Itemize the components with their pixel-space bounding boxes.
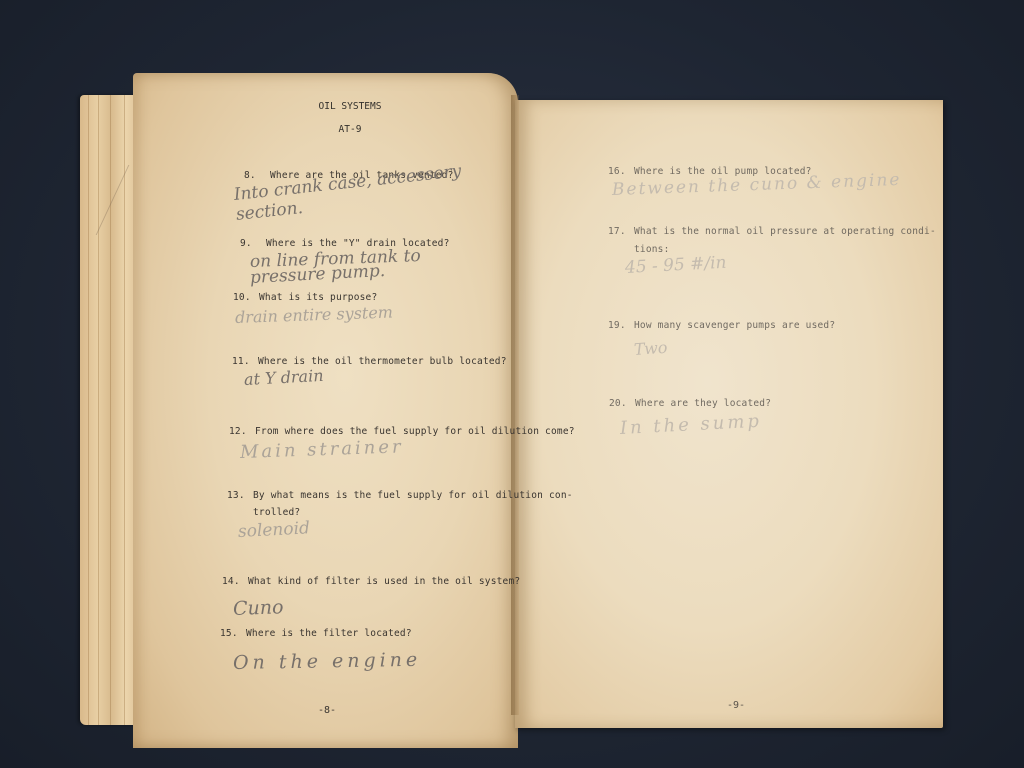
- page-subtitle: AT-9: [300, 124, 400, 135]
- page-number-right: -9-: [727, 700, 745, 711]
- question-text: Where are they located?: [635, 398, 771, 409]
- question-text: What is its purpose?: [259, 292, 377, 303]
- question-text: What is the normal oil pressure at opera…: [634, 226, 936, 237]
- question-number: 20.: [609, 398, 635, 409]
- book-gutter: [511, 95, 519, 715]
- question-number: 17.: [608, 226, 634, 237]
- question-number: 8.: [244, 170, 270, 181]
- question-10: 10.What is its purpose?: [233, 292, 377, 303]
- answer-15: On the engine: [233, 649, 422, 674]
- answer-13: solenoid: [237, 518, 310, 542]
- question-number: 15.: [220, 628, 246, 639]
- question-13-continued: trolled?: [253, 507, 300, 518]
- question-17-continued: tions:: [634, 244, 670, 255]
- question-number: 9.: [240, 238, 266, 249]
- question-19: 19.How many scavenger pumps are used?: [608, 320, 835, 331]
- question-number: 11.: [232, 356, 258, 367]
- question-text: How many scavenger pumps are used?: [634, 320, 835, 331]
- question-number: 13.: [227, 490, 253, 501]
- question-text: From where does the fuel supply for oil …: [255, 426, 575, 437]
- question-14: 14.What kind of filter is used in the oi…: [222, 576, 520, 587]
- question-number: 10.: [233, 292, 259, 303]
- answer-14: Cuno: [233, 596, 284, 620]
- question-15: 15.Where is the filter located?: [220, 628, 412, 639]
- answer-19: Two: [633, 338, 668, 359]
- page-number-left: -8-: [318, 705, 336, 716]
- question-text: By what means is the fuel supply for oil…: [253, 490, 573, 501]
- question-text: Where is the oil thermometer bulb locate…: [258, 356, 507, 367]
- question-text: Where is the filter located?: [246, 628, 412, 639]
- question-number: 19.: [608, 320, 634, 331]
- question-11: 11.Where is the oil thermometer bulb loc…: [232, 356, 507, 367]
- question-number: 12.: [229, 426, 255, 437]
- question-number: 14.: [222, 576, 248, 587]
- question-20: 20.Where are they located?: [609, 398, 771, 409]
- question-13: 13.By what means is the fuel supply for …: [227, 490, 573, 501]
- photo-scene: OIL SYSTEMS AT-9 8.Where are the oil tan…: [0, 0, 1024, 768]
- question-17: 17.What is the normal oil pressure at op…: [608, 226, 936, 237]
- question-text: What kind of filter is used in the oil s…: [248, 576, 520, 587]
- page-title: OIL SYSTEMS: [300, 101, 400, 112]
- question-number: 16.: [608, 166, 634, 177]
